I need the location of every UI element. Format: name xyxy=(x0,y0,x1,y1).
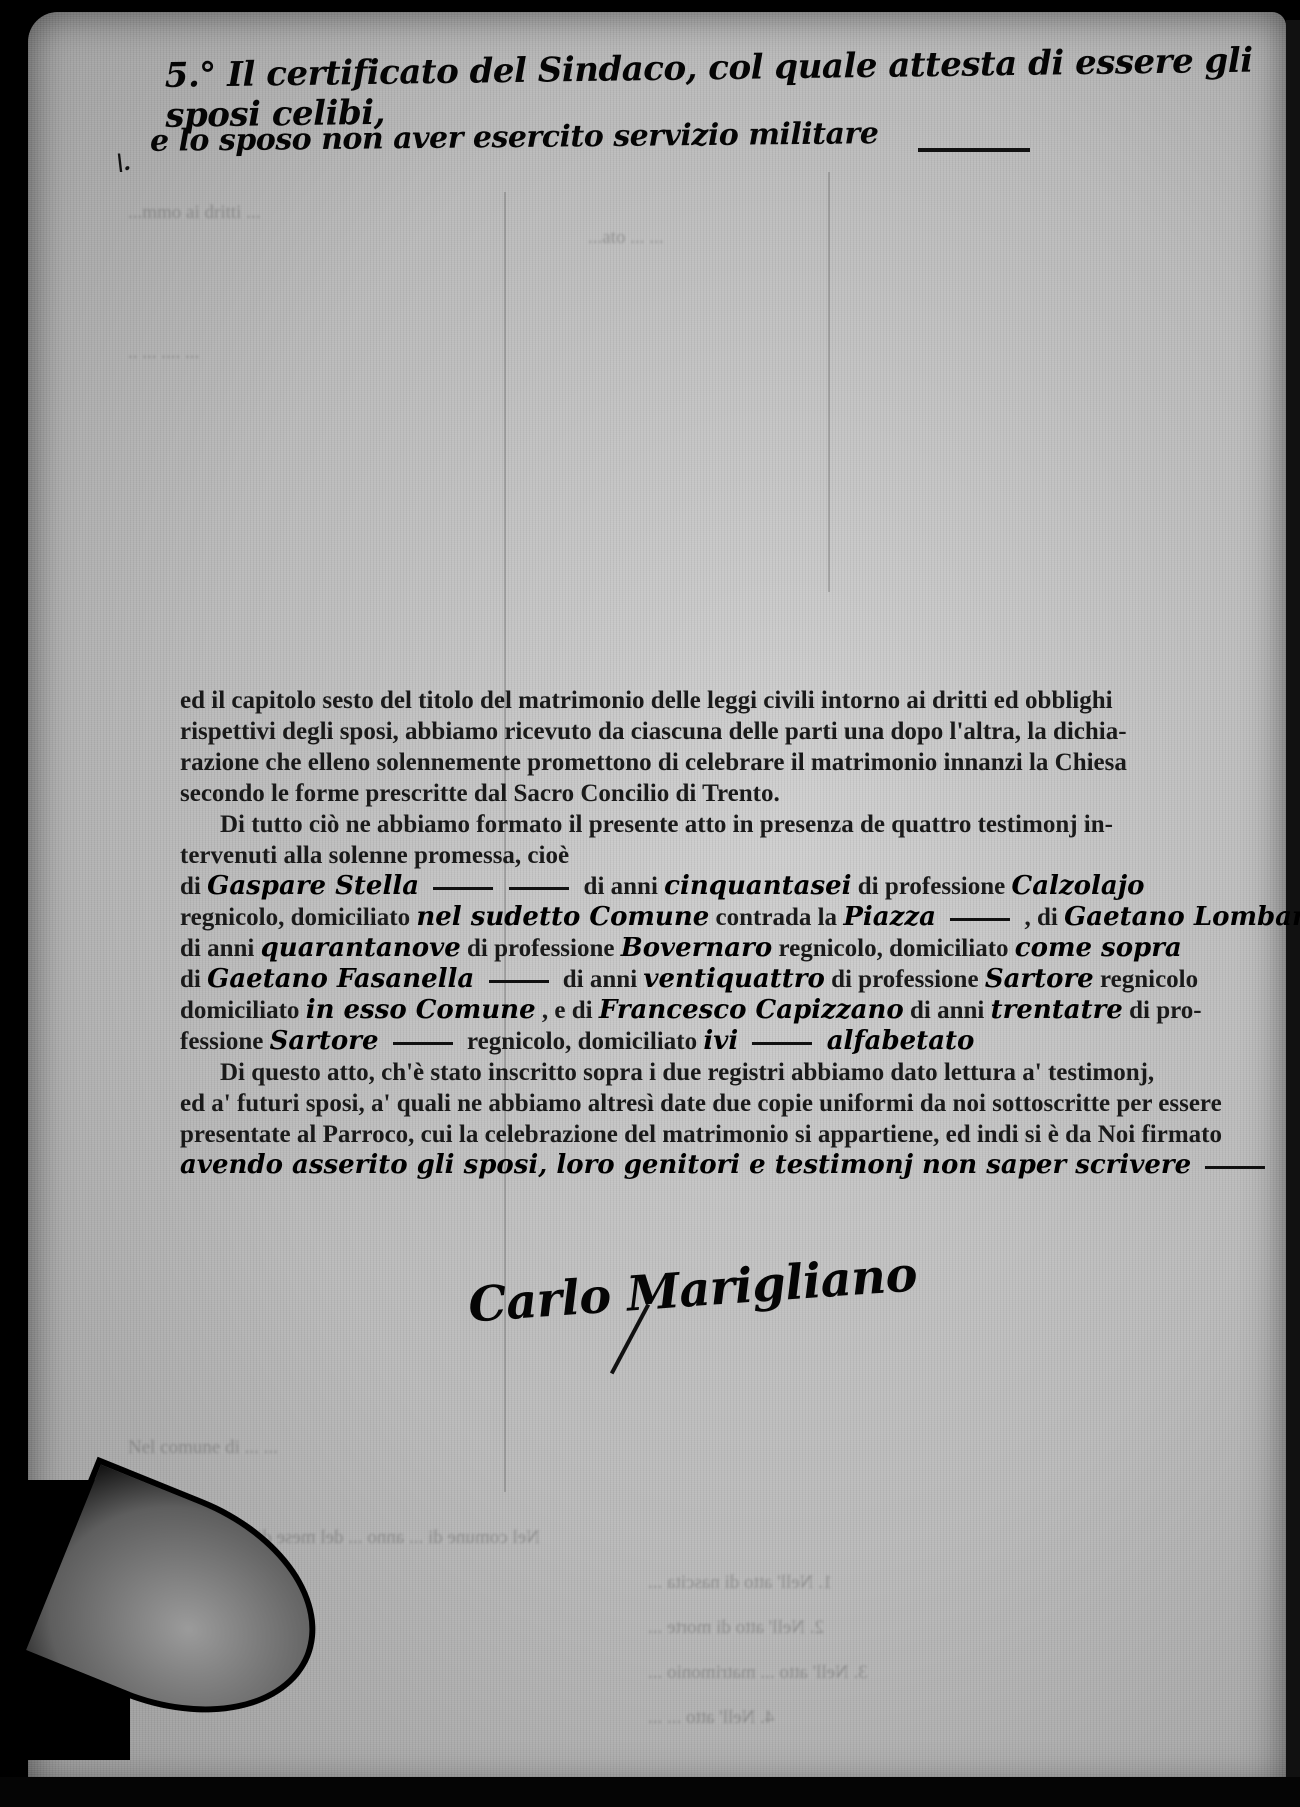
reverse-bleed-line: 4. Nell' atto ... ... xyxy=(648,1707,774,1729)
witness-4-profession: Sartore xyxy=(270,1026,379,1056)
thumb-holding-page xyxy=(0,1480,330,1760)
scan-border xyxy=(0,1777,1300,1807)
reverse-bleed-line: 1. Nell' atto di nascita ... xyxy=(648,1572,832,1594)
filler-dash xyxy=(433,887,493,890)
witness-1-residence: nel sudetto Comune xyxy=(416,902,709,932)
witness-4-residence: ivi xyxy=(703,1026,738,1056)
label: di xyxy=(180,873,201,900)
reverse-bleed-line: 3. Nell' atto ... matrimonio ... xyxy=(648,1662,868,1684)
filler-dash xyxy=(752,1042,812,1045)
witness-4-name: Francesco Capizzano xyxy=(599,995,904,1025)
label: regnicolo, domiciliato xyxy=(778,935,1008,962)
annotation-underline xyxy=(918,148,1030,152)
printed-line: Di questo atto, ch'è stato inscritto sop… xyxy=(180,1057,1260,1088)
label: di professione xyxy=(831,966,978,993)
witness-2-name: Gaetano Lombardi xyxy=(1064,902,1300,932)
closing-handwritten: avendo asserito gli sposi, loro genitori… xyxy=(180,1150,1191,1180)
label: di xyxy=(180,966,201,993)
label: regnicolo, domiciliato xyxy=(467,1028,697,1055)
bleed-through-text: ...ato ... ... xyxy=(588,227,663,249)
witness-line: di anni quarantanove di professione Bove… xyxy=(180,933,1260,964)
filler-dash xyxy=(509,887,569,890)
witness-line: di Gaspare Stella di anni cinquantasei d… xyxy=(180,871,1260,902)
witness-4-age: trentatre xyxy=(991,995,1123,1025)
marriage-act-body: ed il capitolo sesto del titolo del matr… xyxy=(180,685,1260,1181)
printed-line: ed il capitolo sesto del titolo del matr… xyxy=(180,685,1260,716)
witness-line: di Gaetano Fasanella di anni ventiquattr… xyxy=(180,964,1260,995)
label: , di xyxy=(1024,904,1057,931)
label: di anni xyxy=(584,873,658,900)
label: di professione xyxy=(467,935,614,962)
printed-line: Di tutto ciò ne abbiamo formato il prese… xyxy=(180,809,1260,840)
label: di professione xyxy=(858,873,1005,900)
printed-line: presentate al Parroco, cui la celebrazio… xyxy=(180,1119,1260,1150)
witness-3-name: Gaetano Fasanella xyxy=(207,964,474,994)
witness-1-street: Piazza xyxy=(843,902,936,932)
bleed-through-text: ...mmo ai dritti ... xyxy=(128,202,260,224)
witness-4-note: alfabetato xyxy=(827,1026,975,1056)
witness-3-residence: in esso Comune xyxy=(306,995,536,1025)
printed-line: tervenuti alla solenne promessa, cioè xyxy=(180,840,1260,871)
printed-line: rispettivi degli sposi, abbiamo ricevuto… xyxy=(180,716,1260,747)
paper-fold xyxy=(828,172,830,592)
closing-line: avendo asserito gli sposi, loro genitori… xyxy=(180,1150,1260,1181)
margin-mark: \. xyxy=(116,150,131,176)
printed-line: razione che elleno solennemente prometto… xyxy=(180,747,1260,778)
label: , e di xyxy=(542,997,593,1024)
reverse-bleed-line: 2. Nell' atto di morte ... xyxy=(648,1617,824,1639)
witness-line: fessione Sartore regnicolo, domiciliato … xyxy=(180,1026,1260,1057)
bleed-through-text: Nel comune di ... ... xyxy=(128,1437,278,1459)
witness-2-residence: come sopra xyxy=(1015,933,1182,963)
label: regnicolo xyxy=(1100,966,1198,993)
filler-dash xyxy=(1205,1166,1265,1169)
label: domiciliato xyxy=(180,997,299,1024)
witness-1-profession: Calzolajo xyxy=(1012,871,1145,901)
label: fessione xyxy=(180,1028,263,1055)
witness-3-profession: Sartore xyxy=(985,964,1094,994)
label: di pro- xyxy=(1129,997,1201,1024)
filler-dash xyxy=(489,980,549,983)
witness-line: regnicolo, domiciliato nel sudetto Comun… xyxy=(180,902,1260,933)
printed-line: ed a' futuri sposi, a' quali ne abbiamo … xyxy=(180,1088,1260,1119)
witness-2-profession: Bovernaro xyxy=(621,933,772,963)
witness-1-name: Gaspare Stella xyxy=(207,871,419,901)
bleed-through-text: .. ... .... ... xyxy=(128,342,199,364)
filler-dash xyxy=(950,918,1010,921)
label: di anni xyxy=(910,997,984,1024)
label: di anni xyxy=(563,966,637,993)
label: contrada la xyxy=(716,904,838,931)
witness-2-age: quarantanove xyxy=(261,933,461,963)
filler-dash xyxy=(393,1042,453,1045)
witness-1-age: cinquantasei xyxy=(664,871,851,901)
witness-3-age: ventiquattro xyxy=(643,964,824,994)
witness-line: domiciliato in esso Comune , e di France… xyxy=(180,995,1260,1026)
printed-line: secondo le forme prescritte dal Sacro Co… xyxy=(180,778,1260,809)
label: regnicolo, domiciliato xyxy=(180,904,410,931)
label: di anni xyxy=(180,935,254,962)
